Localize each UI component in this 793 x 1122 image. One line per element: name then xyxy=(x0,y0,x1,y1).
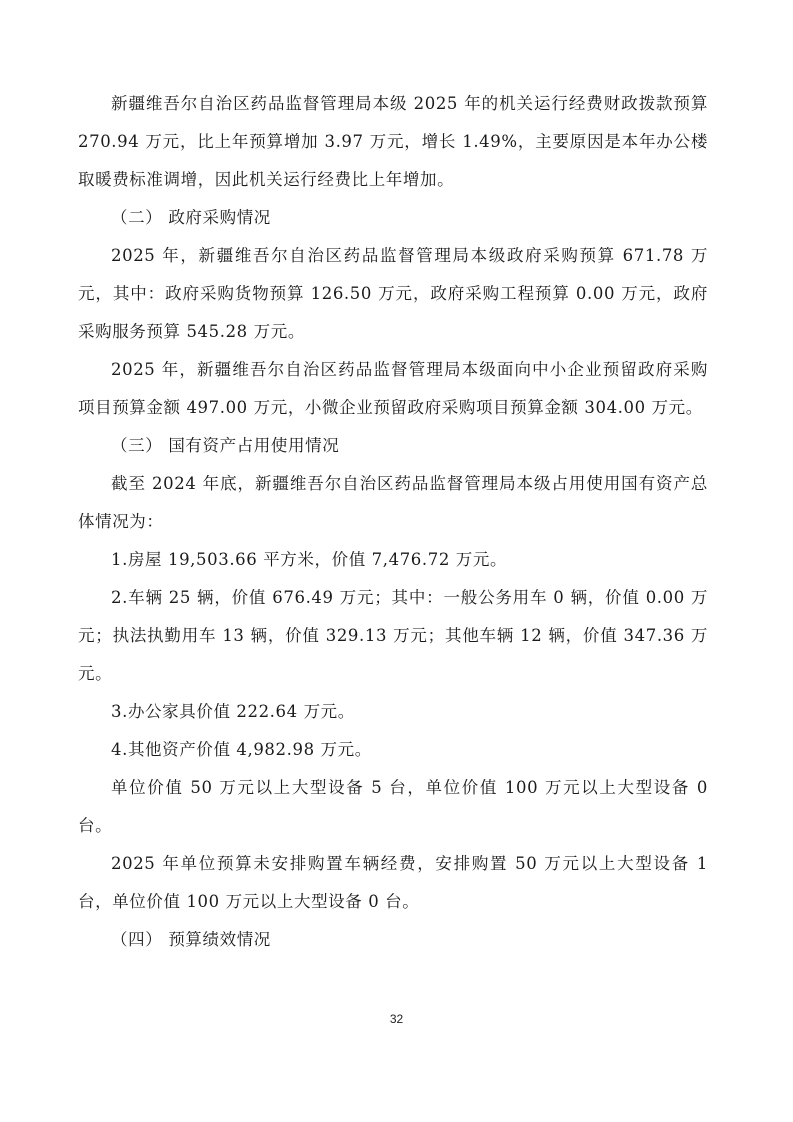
paragraph-large-equipment: 单位价值 50 万元以上大型设备 5 台，单位价值 100 万元以上大型设备 0… xyxy=(78,769,708,845)
paragraph-assets-intro: 截至 2024 年底，新疆维吾尔自治区药品监督管理局本级占用使用国有资产总体情况… xyxy=(78,465,708,541)
section-heading-performance: （四）预算绩效情况 xyxy=(78,921,708,959)
section-heading-procurement: （二）政府采购情况 xyxy=(78,199,708,237)
paragraph-sme-reservation: 2025 年，新疆维吾尔自治区药品监督管理局本级面向中小企业预留政府采购项目预算… xyxy=(78,351,708,427)
section-number: （三） xyxy=(111,436,162,455)
paragraph-operating-expenses: 新疆维吾尔自治区药品监督管理局本级 2025 年的机关运行经费财政拨款预算 27… xyxy=(78,85,708,199)
section-title: 国有资产占用使用情况 xyxy=(168,436,339,455)
list-item-buildings: 1.房屋 19,503.66 平方米，价值 7,476.72 万元。 xyxy=(78,541,708,579)
list-item-furniture: 3.办公家具价值 222.64 万元。 xyxy=(78,693,708,731)
list-item-other-assets: 4.其他资产价值 4,982.98 万元。 xyxy=(78,731,708,769)
section-number: （四） xyxy=(111,930,162,949)
paragraph-procurement-budget: 2025 年，新疆维吾尔自治区药品监督管理局本级政府采购预算 671.78 万元… xyxy=(78,237,708,351)
section-heading-state-assets: （三）国有资产占用使用情况 xyxy=(78,427,708,465)
section-title: 政府采购情况 xyxy=(168,208,271,227)
document-page: 新疆维吾尔自治区药品监督管理局本级 2025 年的机关运行经费财政拨款预算 27… xyxy=(78,85,708,959)
paragraph-2025-purchases: 2025 年单位预算未安排购置车辆经费，安排购置 50 万元以上大型设备 1 台… xyxy=(78,845,708,921)
page-number: 32 xyxy=(0,1012,793,1026)
list-item-vehicles: 2.车辆 25 辆，价值 676.49 万元；其中：一般公务用车 0 辆，价值 … xyxy=(78,579,708,693)
section-number: （二） xyxy=(111,208,162,227)
section-title: 预算绩效情况 xyxy=(168,930,271,949)
